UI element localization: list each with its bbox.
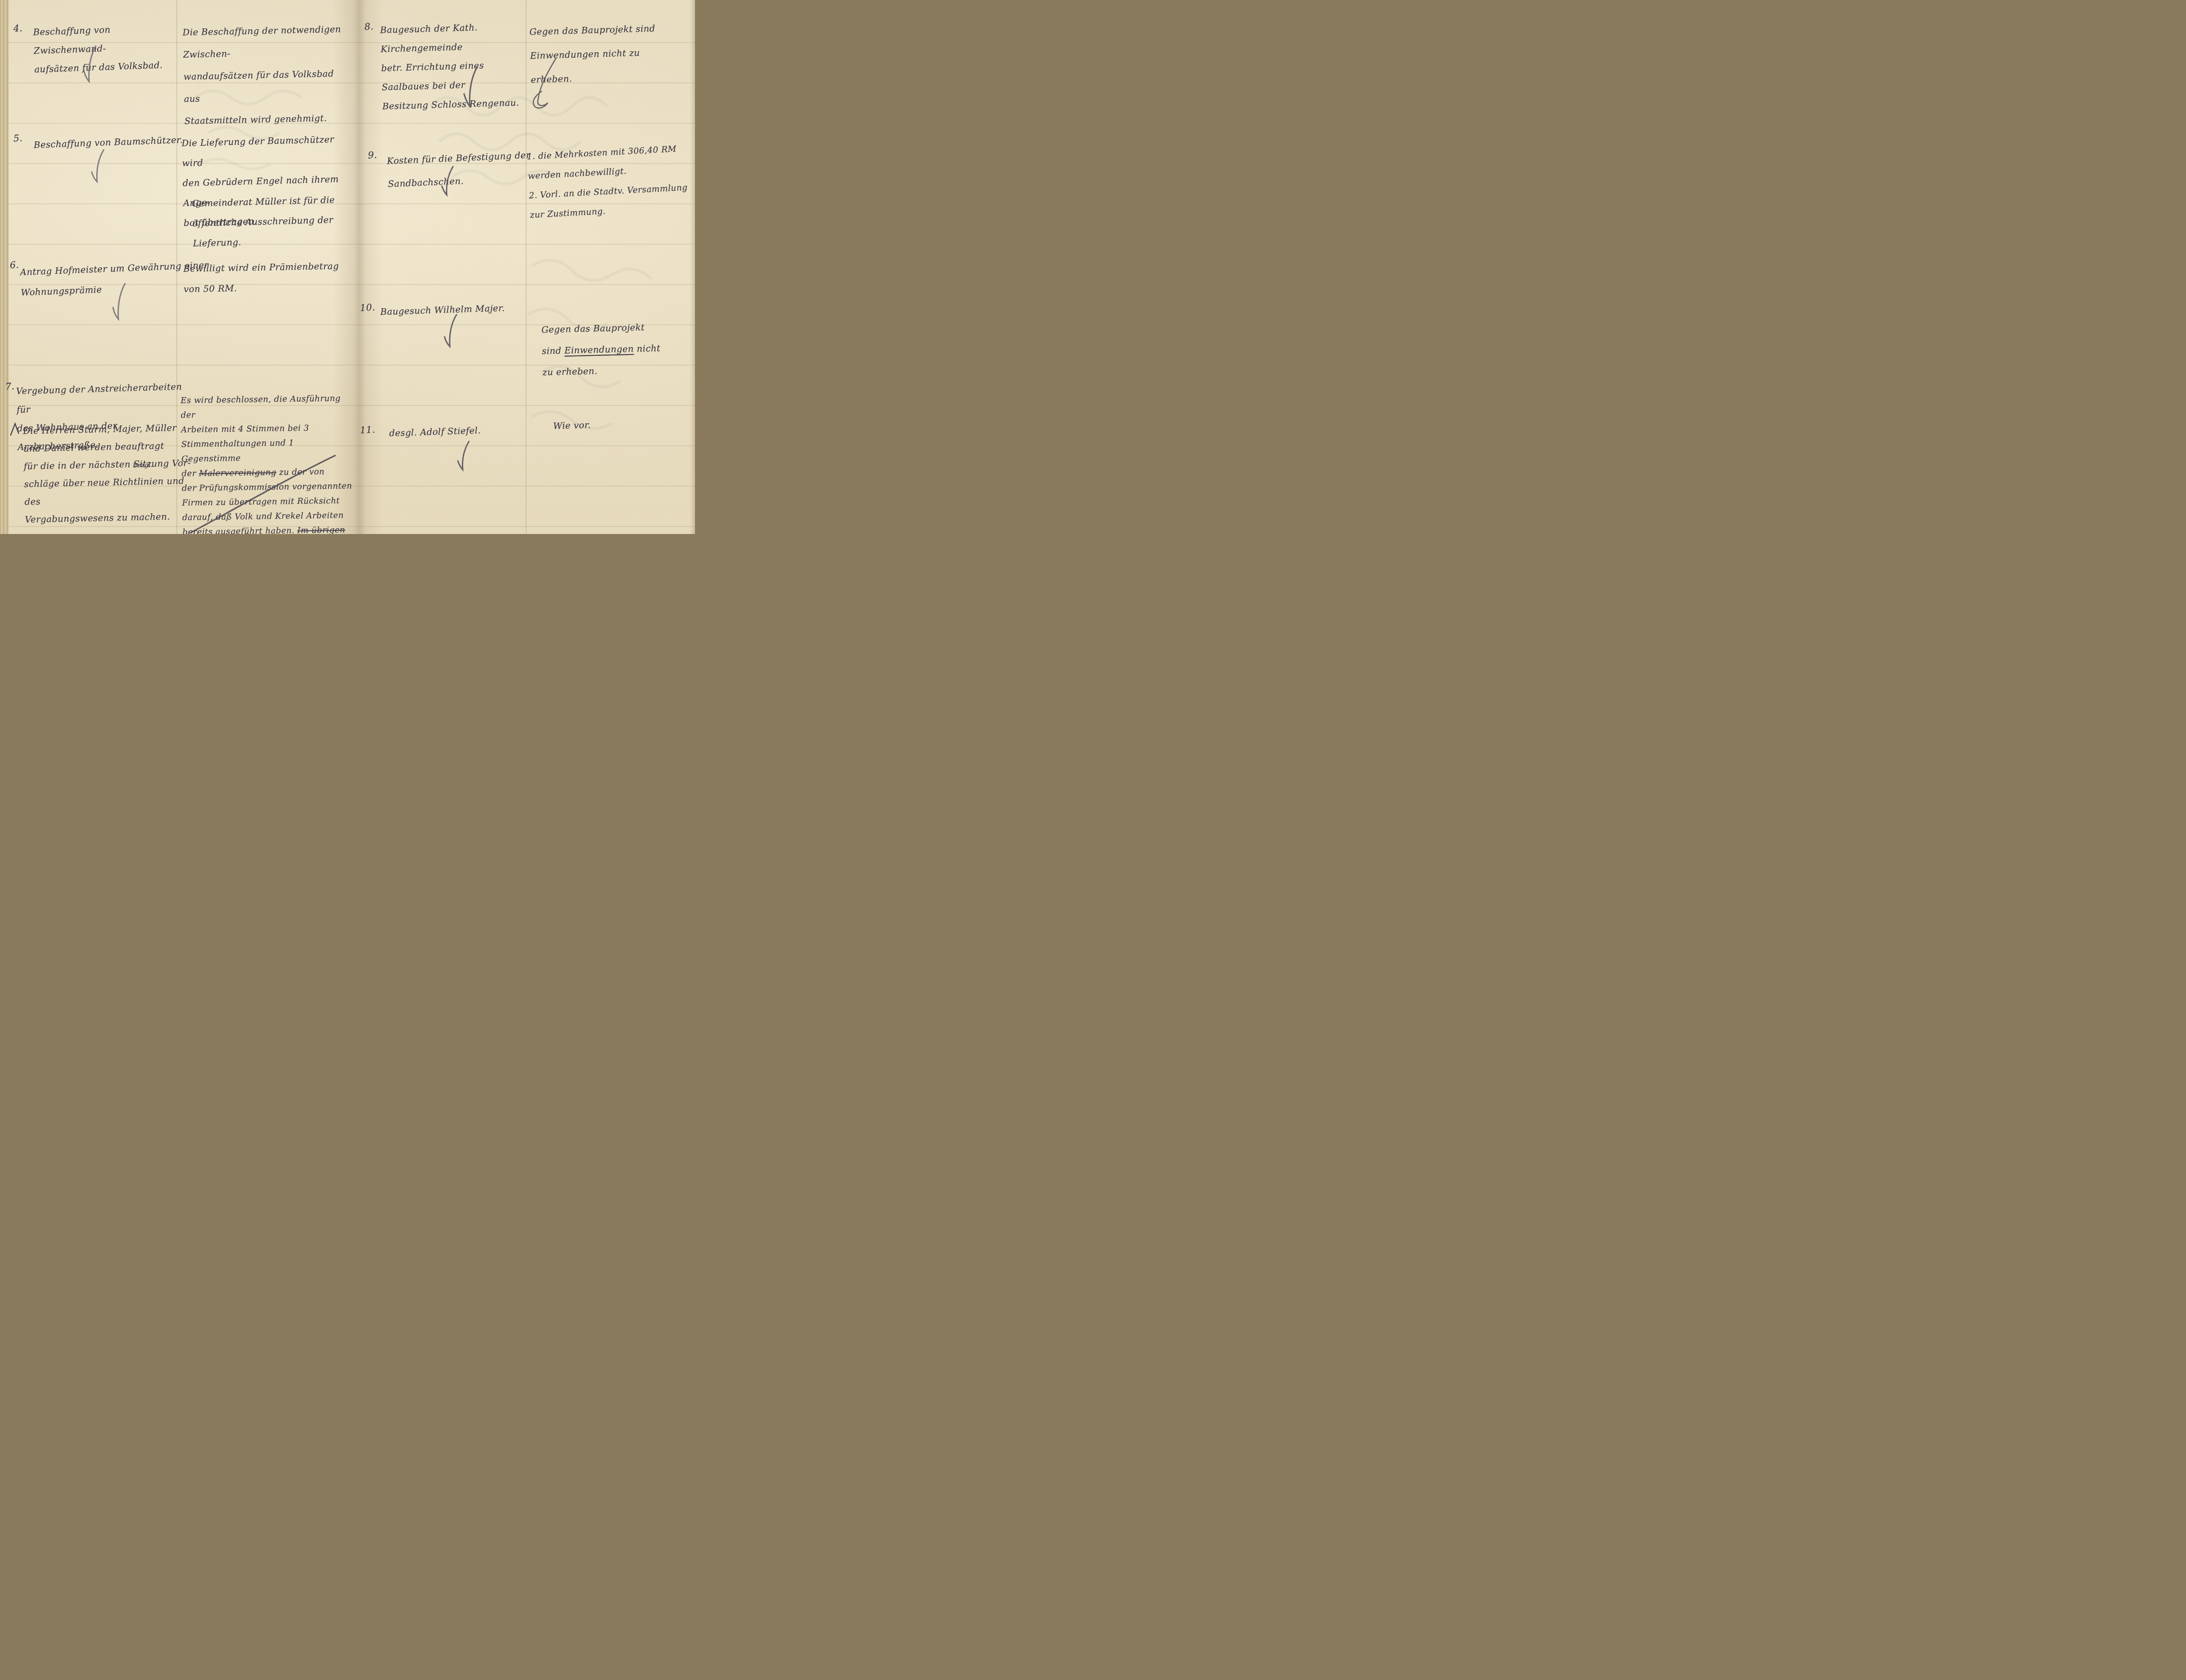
item-7-resolution: Es wird beschlossen, die Ausführung der …: [180, 376, 357, 534]
item-4-number: 4.: [13, 23, 23, 34]
item-4-text: Beschaffung von Zwischenwand- aufsätzen …: [33, 18, 176, 78]
item-10-number: 10.: [359, 302, 375, 313]
item-7-note-insert: bezgl.: [133, 461, 153, 469]
item-5-number: 5.: [13, 133, 23, 144]
item-7-number: 7.: [5, 381, 15, 392]
item-11-text: desgl. Adolf Stiefel.: [389, 419, 540, 443]
item-7-note: Die Herren Sturm, Majer, Müller und Dani…: [23, 418, 203, 528]
item-7-resolution-struck-word: Malervereinigung: [199, 468, 277, 478]
item-9-resolution: 1. die Mehrkosten mit 306,40 RM werden n…: [527, 138, 695, 225]
item-11-number: 11.: [359, 424, 375, 436]
item-11-resolution: Wie vor.: [553, 418, 651, 431]
ledger-page-spread: 4. Beschaffung von Zwischenwand- aufsätz…: [0, 0, 695, 534]
book-spine-edge: [0, 0, 9, 534]
item-10-text: Baugesuch Wilhelm Majer.: [380, 297, 535, 322]
item-9-number: 9.: [367, 149, 377, 160]
item-9-text: Kosten für die Befestigung der Sandbachs…: [386, 143, 539, 195]
item-7-resolution-struck-phrase: Im übrigen: [297, 526, 345, 534]
item-7-resolution-part: Es wird beschlossen, die Ausführung der …: [180, 394, 340, 479]
item-5-text: Beschaffung von Baumschützer.: [33, 130, 184, 154]
item-10-resolution: Gegen das Bauprojekt sind Einwendungen n…: [541, 294, 685, 383]
pencil-tick-icon: [457, 440, 471, 472]
item-8-number: 8.: [364, 21, 374, 32]
item-10-resolution-underlined-word: Einwendungen: [564, 343, 634, 356]
right-page-edge: [690, 0, 695, 534]
item-8-text: Baugesuch der Kath. Kirchengemeinde betr…: [380, 16, 533, 116]
item-5-resolution-2: Gemeinderat Müller ist für die öffentlic…: [191, 189, 364, 253]
item-8-resolution: Gegen das Bauprojekt sind Einwendungen n…: [529, 16, 682, 91]
item-4-resolution: Die Beschaffung der notwendigen Zwischen…: [182, 18, 351, 132]
item-6-resolution: Bewilligt wird ein Prämienbetrag von 50 …: [183, 256, 348, 299]
pencil-tick-icon: [90, 148, 105, 183]
item-6-number: 6.: [9, 259, 19, 270]
